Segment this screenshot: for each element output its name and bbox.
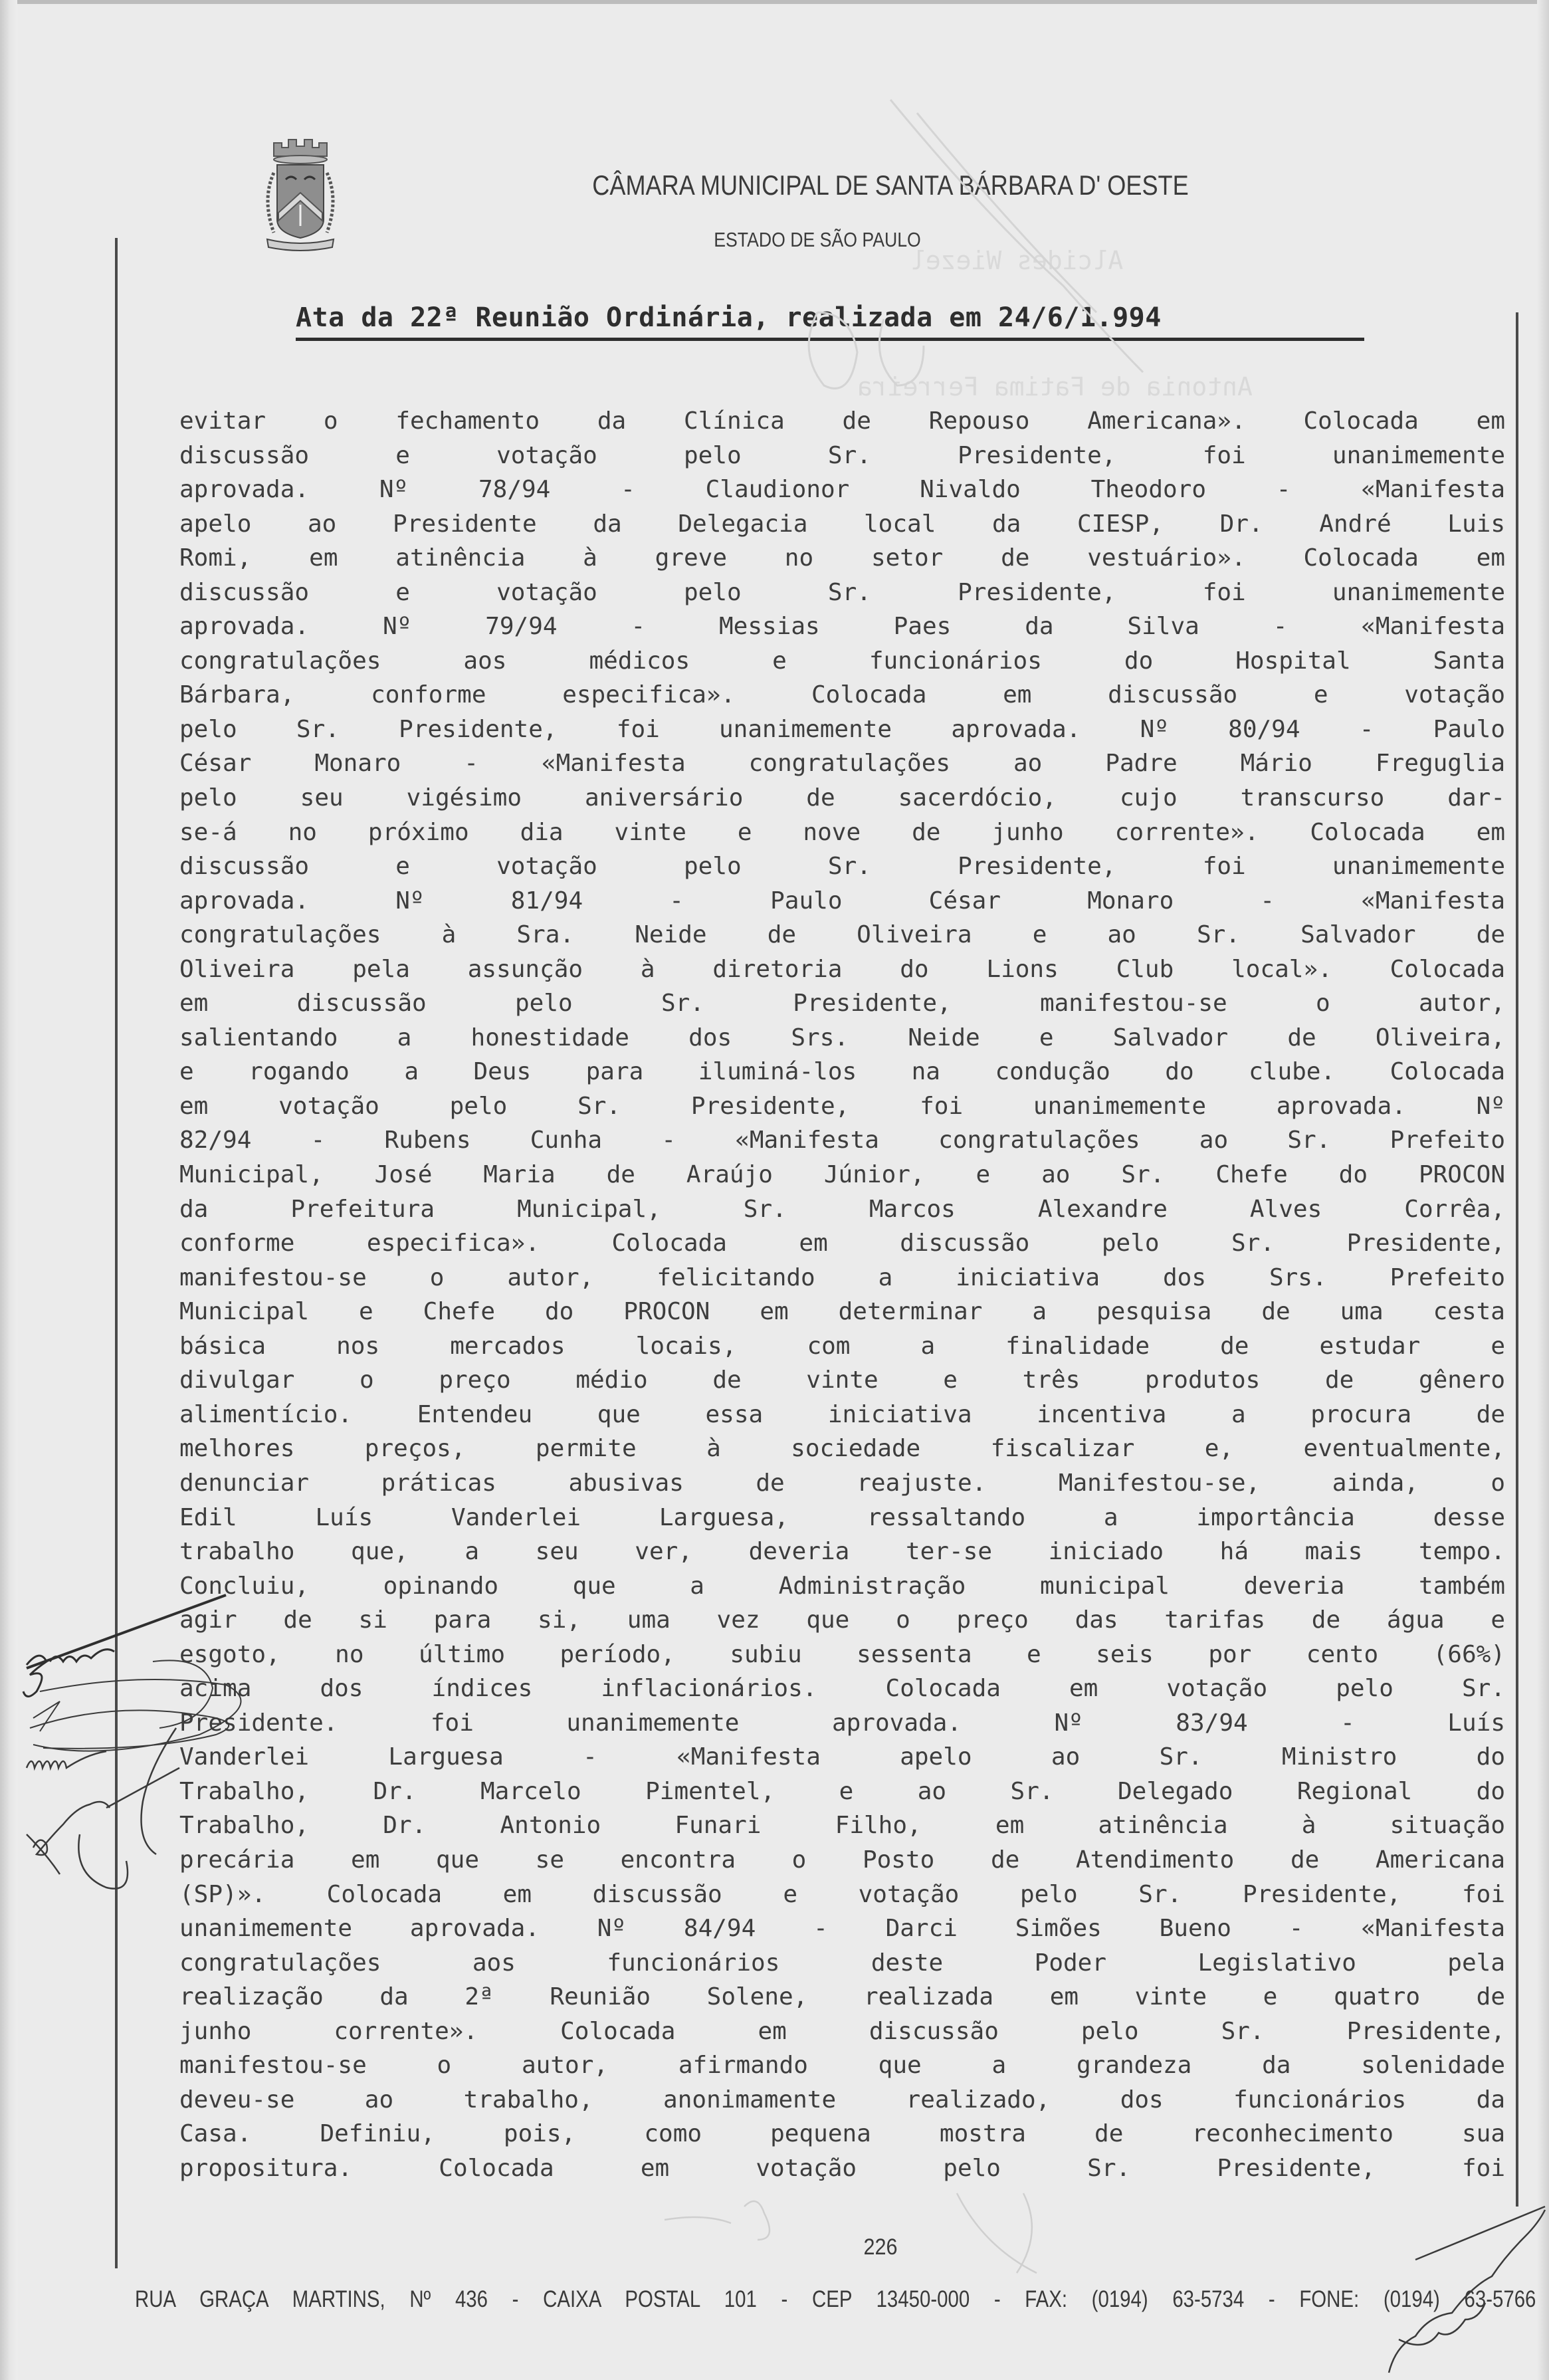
- minutes-line: esgoto, no último período, subiu sessent…: [179, 1638, 1505, 1672]
- scan-left-edge: [0, 0, 17, 2380]
- minutes-line: Oliveira pela assunção à diretoria do Li…: [179, 952, 1505, 987]
- minutes-line: denunciar práticas abusivas de reajuste.…: [179, 1466, 1505, 1501]
- minutes-line: melhores preços, permite à sociedade fis…: [179, 1432, 1505, 1466]
- organization-state: ESTADO DE SÃO PAULO: [617, 228, 1017, 252]
- minutes-line: Trabalho, Dr. Antonio Funari Filho, em a…: [179, 1808, 1505, 1843]
- page-number: 226: [842, 2234, 920, 2260]
- minutes-line: congratulações aos médicos e funcionário…: [179, 644, 1505, 679]
- scan-right-edge: [1537, 0, 1549, 2380]
- footer-address: RUA GRAÇA MARTINS, Nº 436 - CAIXA POSTAL…: [135, 2286, 1312, 2313]
- minutes-line: César Monaro - «Manifesta congratulações…: [179, 746, 1505, 781]
- left-margin-rule: [115, 238, 118, 2268]
- minutes-line: aprovada. Nº 81/94 - Paulo César Monaro …: [179, 884, 1505, 919]
- minutes-line: básica nos mercados locais, com a finali…: [179, 1329, 1505, 1364]
- title-underline: [296, 338, 1364, 341]
- minutes-line: 82/94 - Rubens Cunha - «Manifesta congra…: [179, 1123, 1505, 1158]
- minutes-line: trabalho que, a seu ver, deveria ter-se …: [179, 1535, 1505, 1569]
- minutes-line: congratulações aos funcionários deste Po…: [179, 1946, 1505, 1981]
- minutes-line: Casa. Definiu, pois, como pequena mostra…: [179, 2117, 1505, 2151]
- minutes-line: e rogando a Deus para iluminá-los na con…: [179, 1055, 1505, 1089]
- minutes-line: Edil Luís Vanderlei Larguesa, ressaltand…: [179, 1501, 1505, 1535]
- minutes-line: conforme especifica». Colocada em discus…: [179, 1226, 1505, 1261]
- minutes-line: precária em que se encontra o Posto de A…: [179, 1843, 1505, 1878]
- minutes-line: salientando a honestidade dos Srs. Neide…: [179, 1021, 1505, 1055]
- minutes-line: aprovada. Nº 78/94 - Claudionor Nivaldo …: [179, 473, 1505, 507]
- minutes-line: evitar o fechamento da Clínica de Repous…: [179, 404, 1505, 439]
- minutes-line: alimentício. Entendeu que essa iniciativ…: [179, 1398, 1505, 1432]
- minutes-line: junho corrente». Colocada em discussão p…: [179, 2014, 1505, 2049]
- minutes-line: Municipal e Chefe do PROCON em determina…: [179, 1295, 1505, 1329]
- minutes-line: discussão e votação pelo Sr. Presidente,…: [179, 439, 1505, 473]
- minutes-line: Municipal, José Maria de Araújo Júnior, …: [179, 1158, 1505, 1192]
- minutes-line: apelo ao Presidente da Delegacia local d…: [179, 507, 1505, 542]
- minutes-line: agir de si para si, uma vez que o preço …: [179, 1603, 1505, 1638]
- organization-name: CÂMARA MUNICIPAL DE SANTA BÁRBARA D' OES…: [513, 169, 1267, 201]
- minutes-line: aprovada. Nº 79/94 - Messias Paes da Sil…: [179, 609, 1505, 644]
- document-title: Ata da 22ª Reunião Ordinária, realizada …: [296, 302, 1369, 333]
- minutes-line: Trabalho, Dr. Marcelo Pimentel, e ao Sr.…: [179, 1775, 1505, 1809]
- minutes-line: manifestou-se o autor, afirmando que a g…: [179, 2048, 1505, 2083]
- minutes-line: Presidente. foi unanimemente aprovada. N…: [179, 1706, 1505, 1741]
- scan-top-edge: [0, 0, 1549, 4]
- minutes-line: Bárbara, conforme especifica». Colocada …: [179, 678, 1505, 712]
- minutes-body: evitar o fechamento da Clínica de Repous…: [179, 404, 1505, 2185]
- minutes-line: se-á no próximo dia vinte e nove de junh…: [179, 815, 1505, 850]
- minutes-line: divulgar o preço médio de vinte e três p…: [179, 1363, 1505, 1398]
- minutes-line: pelo seu vigésimo aniversário de sacerdó…: [179, 781, 1505, 815]
- minutes-line: Romi, em atinência à greve no setor de v…: [179, 541, 1505, 576]
- minutes-line: realização da 2ª Reunião Solene, realiza…: [179, 1980, 1505, 2014]
- minutes-line: em votação pelo Sr. Presidente, foi unan…: [179, 1089, 1505, 1124]
- minutes-line: discussão e votação pelo Sr. Presidente,…: [179, 849, 1505, 884]
- margin-signature-4: [27, 1802, 128, 1889]
- minutes-line: (SP)». Colocada em discussão e votação p…: [179, 1878, 1505, 1912]
- minutes-line: deveu-se ao trabalho, anonimamente reali…: [179, 2083, 1505, 2117]
- margin-signature-3: [27, 1728, 179, 1854]
- minutes-line: congratulações à Sra. Neide de Oliveira …: [179, 918, 1505, 952]
- bleed-through-name: Antonia de Fatima Ferreira: [857, 372, 1253, 401]
- minutes-line: da Prefeitura Municipal, Sr. Marcos Alex…: [179, 1192, 1505, 1227]
- minutes-line: manifestou-se o autor, felicitando a ini…: [179, 1261, 1505, 1295]
- minutes-line: acima dos índices inflacionários. Coloca…: [179, 1672, 1505, 1706]
- faint-bottom-marks: [665, 2193, 1037, 2273]
- minutes-line: Vanderlei Larguesa - «Manifesta apelo ao…: [179, 1740, 1505, 1775]
- municipal-coat-of-arms-icon: [247, 126, 354, 253]
- minutes-line: pelo Sr. Presidente, foi unanimemente ap…: [179, 712, 1505, 747]
- minutes-line: em discussão pelo Sr. Presidente, manife…: [179, 986, 1505, 1021]
- right-margin-rule: [1516, 312, 1518, 2207]
- minutes-line: unanimemente aprovada. Nº 84/94 - Darci …: [179, 1911, 1505, 1946]
- minutes-line: Concluiu, opinando que a Administração m…: [179, 1569, 1505, 1604]
- footer-address-text: RUA GRAÇA MARTINS, Nº 436 - CAIXA POSTAL…: [135, 2286, 1536, 2313]
- minutes-line: discussão e votação pelo Sr. Presidente,…: [179, 576, 1505, 610]
- minutes-line: propositura. Colocada em votação pelo Sr…: [179, 2151, 1505, 2186]
